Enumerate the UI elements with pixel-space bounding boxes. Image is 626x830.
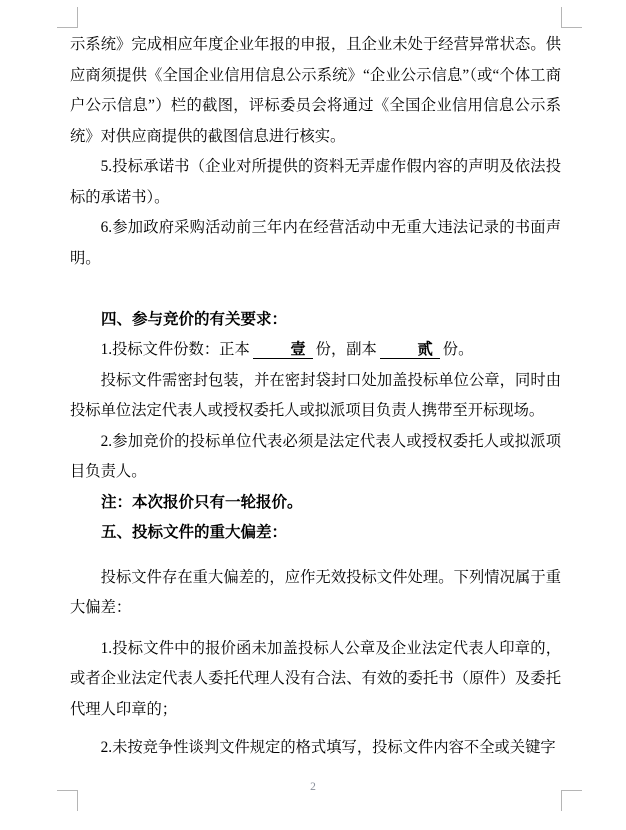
page-body-text: 示系统》完成相应年度企业年报的申报，且企业未处于经营异常状态。供应商须提供《全国… (70, 30, 561, 764)
margin-mark-top-right-icon (561, 7, 582, 28)
heading-section-4-bidding-requirements: 四、参与竞价的有关要求： (70, 305, 561, 336)
paragraph-credit-system-continuation: 示系统》完成相应年度企业年报的申报，且企业未处于经营异常状态。供应商须提供《全国… (70, 30, 561, 152)
copies-middle: 份，副本 (316, 341, 377, 358)
page-number: 2 (0, 780, 626, 794)
duplicate-count-fill-underline: 贰 (380, 341, 440, 359)
note-single-round-quotation: 注：本次报价只有一轮报价。 (70, 488, 561, 519)
list-item-5-bid-commitment: 5.投标承诺书（企业对所提供的资料无弄虚作假内容的声明及依法投标的承诺书）。 (70, 152, 561, 213)
document-page: 示系统》完成相应年度企业年报的申报，且企业未处于经营异常状态。供应商须提供《全国… (0, 0, 626, 830)
margin-mark-top-left-icon (57, 7, 78, 28)
list-item-1-document-copies: 1.投标文件份数：正本壹份，副本贰份。 (70, 335, 561, 366)
list-item-2-wrong-format: 2.未按竞争性谈判文件规定的格式填写，投标文件内容不全或关键字 (70, 733, 561, 764)
list-item-6-no-violation-declaration: 6.参加政府采购活动前三年内在经营活动中无重大违法记录的书面声明。 (70, 213, 561, 274)
copies-prefix: 1.投标文件份数：正本 (101, 341, 250, 358)
original-count-fill-underline: 壹 (253, 341, 313, 359)
paragraph-major-deviation-intro: 投标文件存在重大偏差的，应作无效投标文件处理。下列情况属于重大偏差： (70, 563, 561, 624)
list-item-2-bidder-representative: 2.参加竞价的投标单位代表必须是法定代表人或授权委托人或拟派项目负责人。 (70, 427, 561, 488)
copies-suffix: 份。 (443, 341, 474, 358)
list-item-1-missing-seals: 1.投标文件中的报价函未加盖投标人公章及企业法定代表人印章的，或者企业法定代表人… (70, 634, 561, 726)
heading-section-5-major-deviation: 五、投标文件的重大偏差： (70, 518, 561, 549)
paragraph-sealed-packaging: 投标文件需密封包装，并在密封袋封口处加盖投标单位公章，同时由投标单位法定代表人或… (70, 366, 561, 427)
